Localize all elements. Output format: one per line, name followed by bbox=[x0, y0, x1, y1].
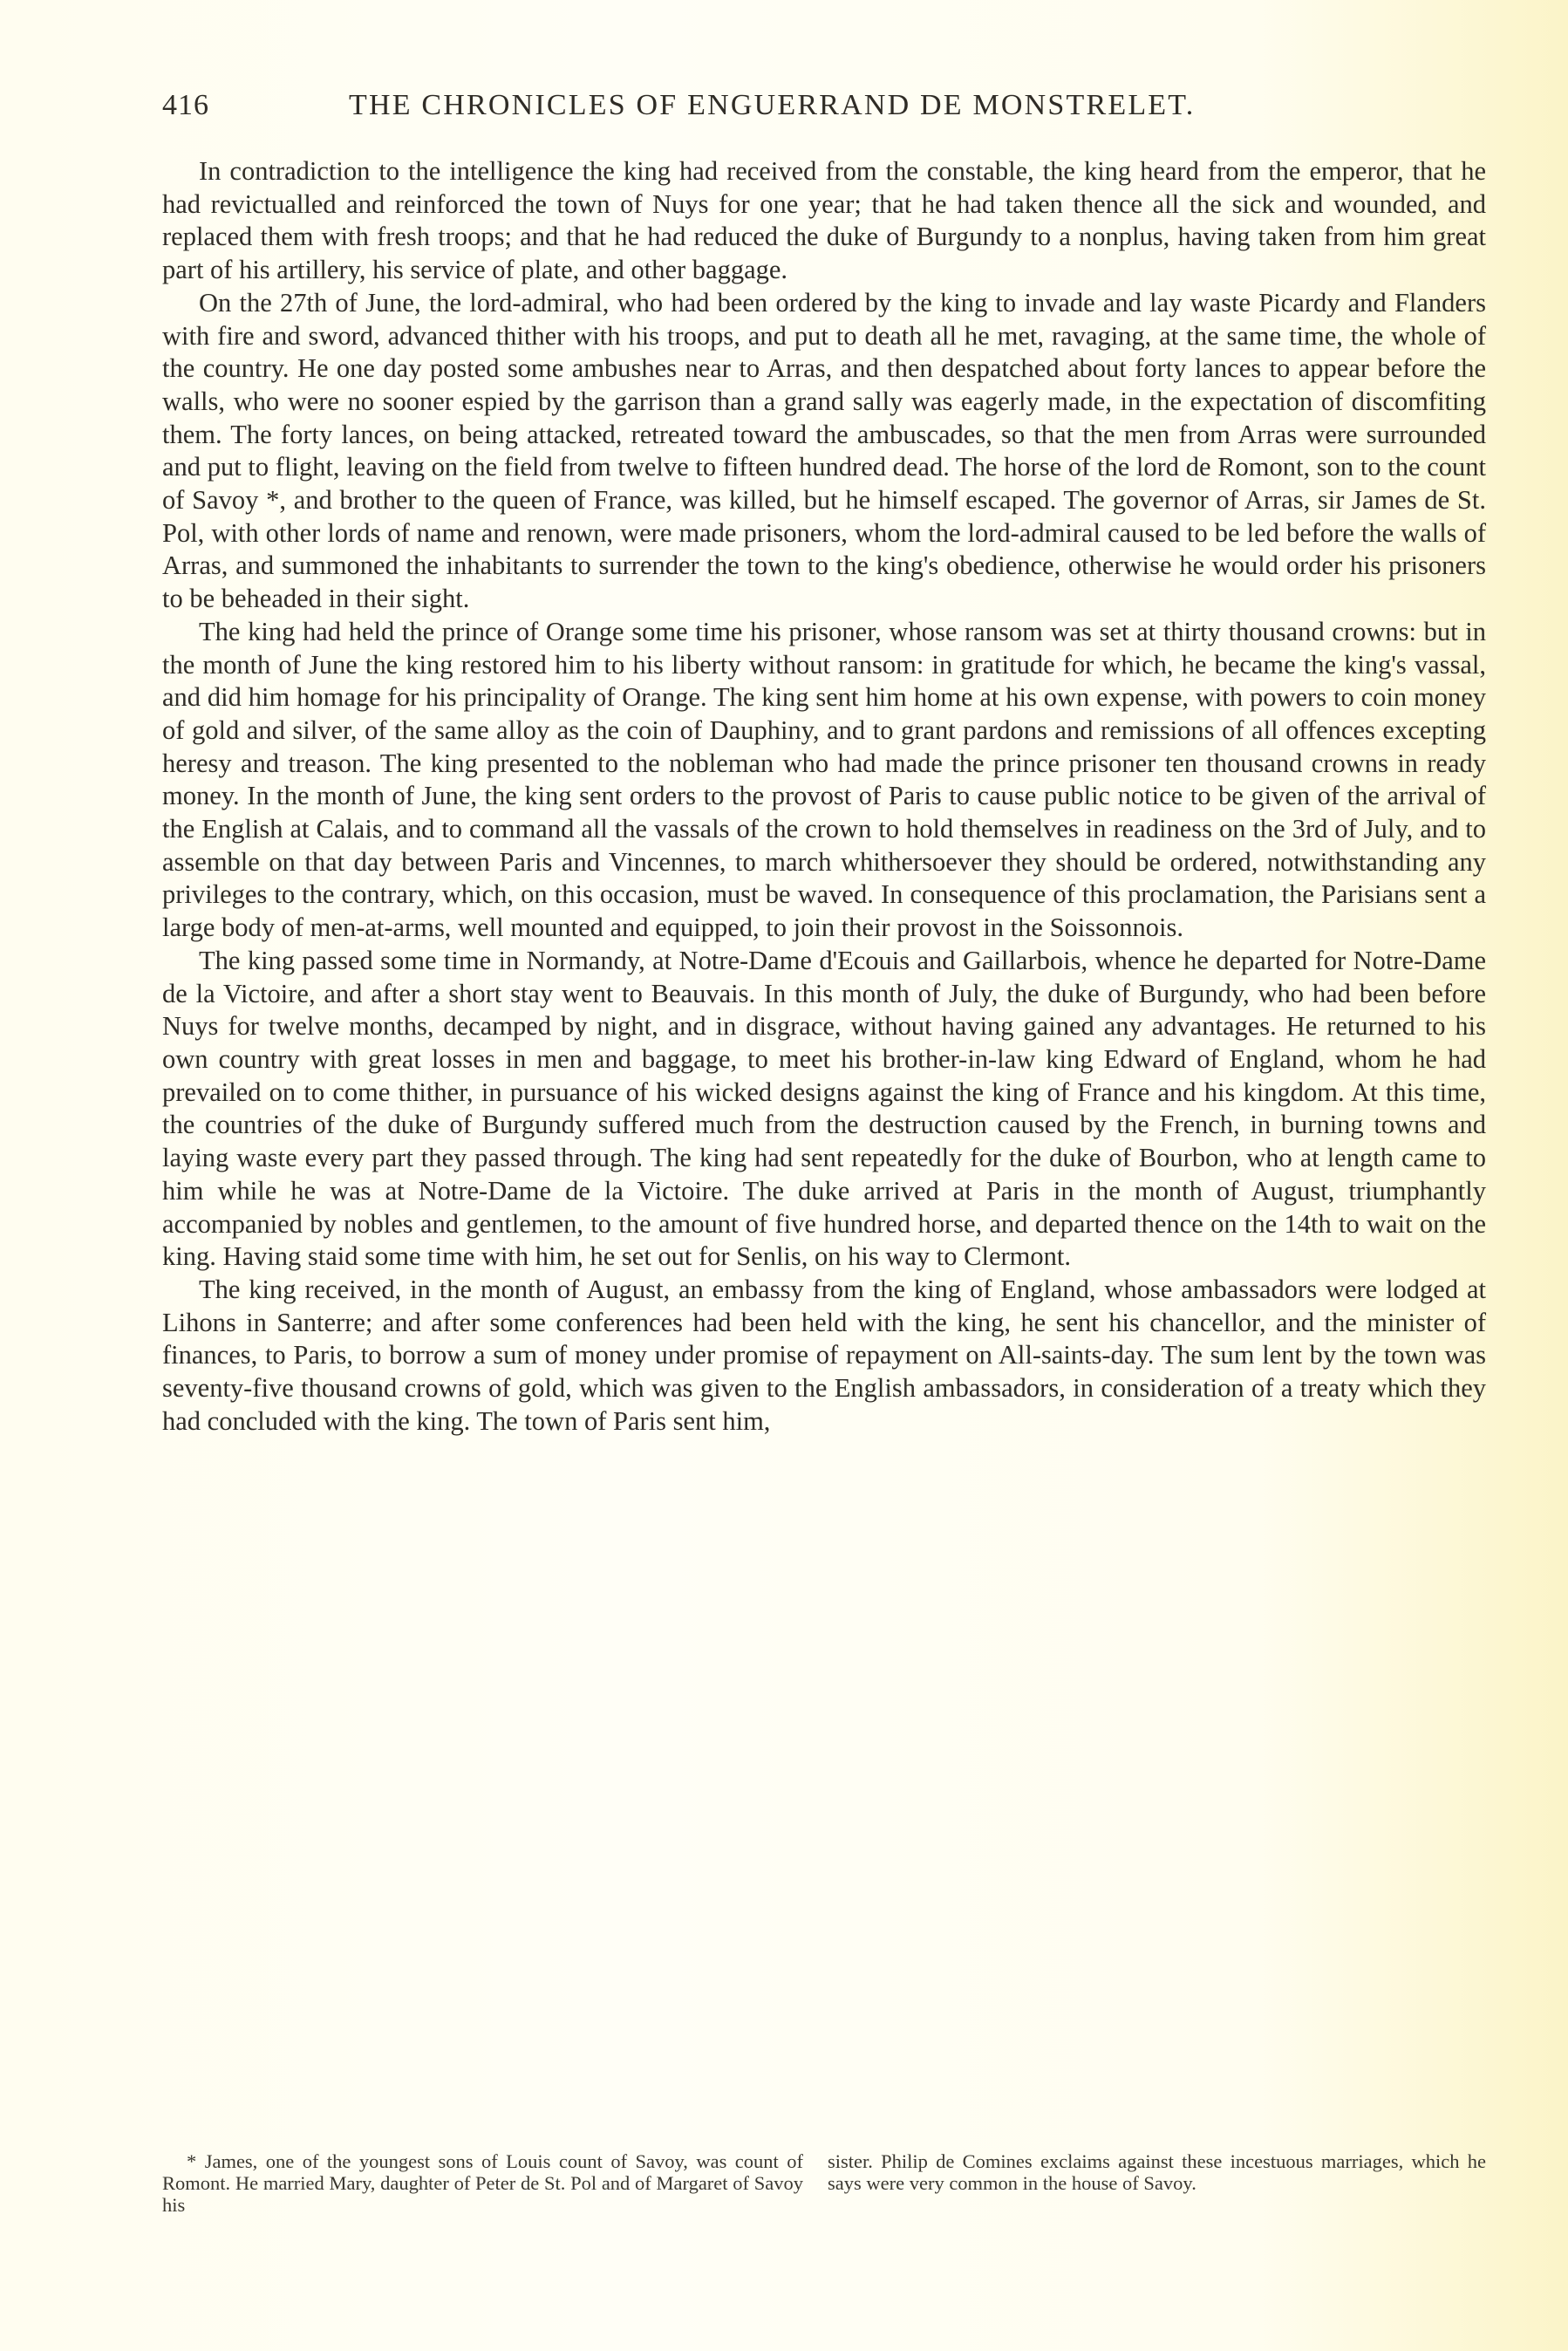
paragraph-english-embassy: The king received, in the month of Augus… bbox=[162, 1274, 1486, 1439]
page-number: 416 bbox=[162, 89, 209, 122]
paragraph-king-in-normandy: The king passed some time in Normandy, a… bbox=[162, 945, 1486, 1274]
paragraph-prince-of-orange: The king had held the prince of Orange s… bbox=[162, 616, 1486, 945]
paragraph-lord-admiral-raid: On the 27th of June, the lord-admiral, w… bbox=[162, 287, 1486, 616]
footnote-column-1: * James, one of the youngest sons of Lou… bbox=[162, 2150, 803, 2216]
running-title: THE CHRONICLES OF ENGUERRAND DE MONSTREL… bbox=[349, 89, 1195, 122]
running-head: 416 THE CHRONICLES OF ENGUERRAND DE MONS… bbox=[162, 89, 1486, 124]
footnotes: * James, one of the youngest sons of Lou… bbox=[162, 2150, 1486, 2216]
paragraph-intelligence-from-emperor: In contradiction to the intelligence the… bbox=[162, 155, 1486, 287]
footnote-column-2: sister. Philip de Comines exclaims again… bbox=[828, 2150, 1486, 2216]
body-text: In contradiction to the intelligence the… bbox=[162, 155, 1486, 1438]
